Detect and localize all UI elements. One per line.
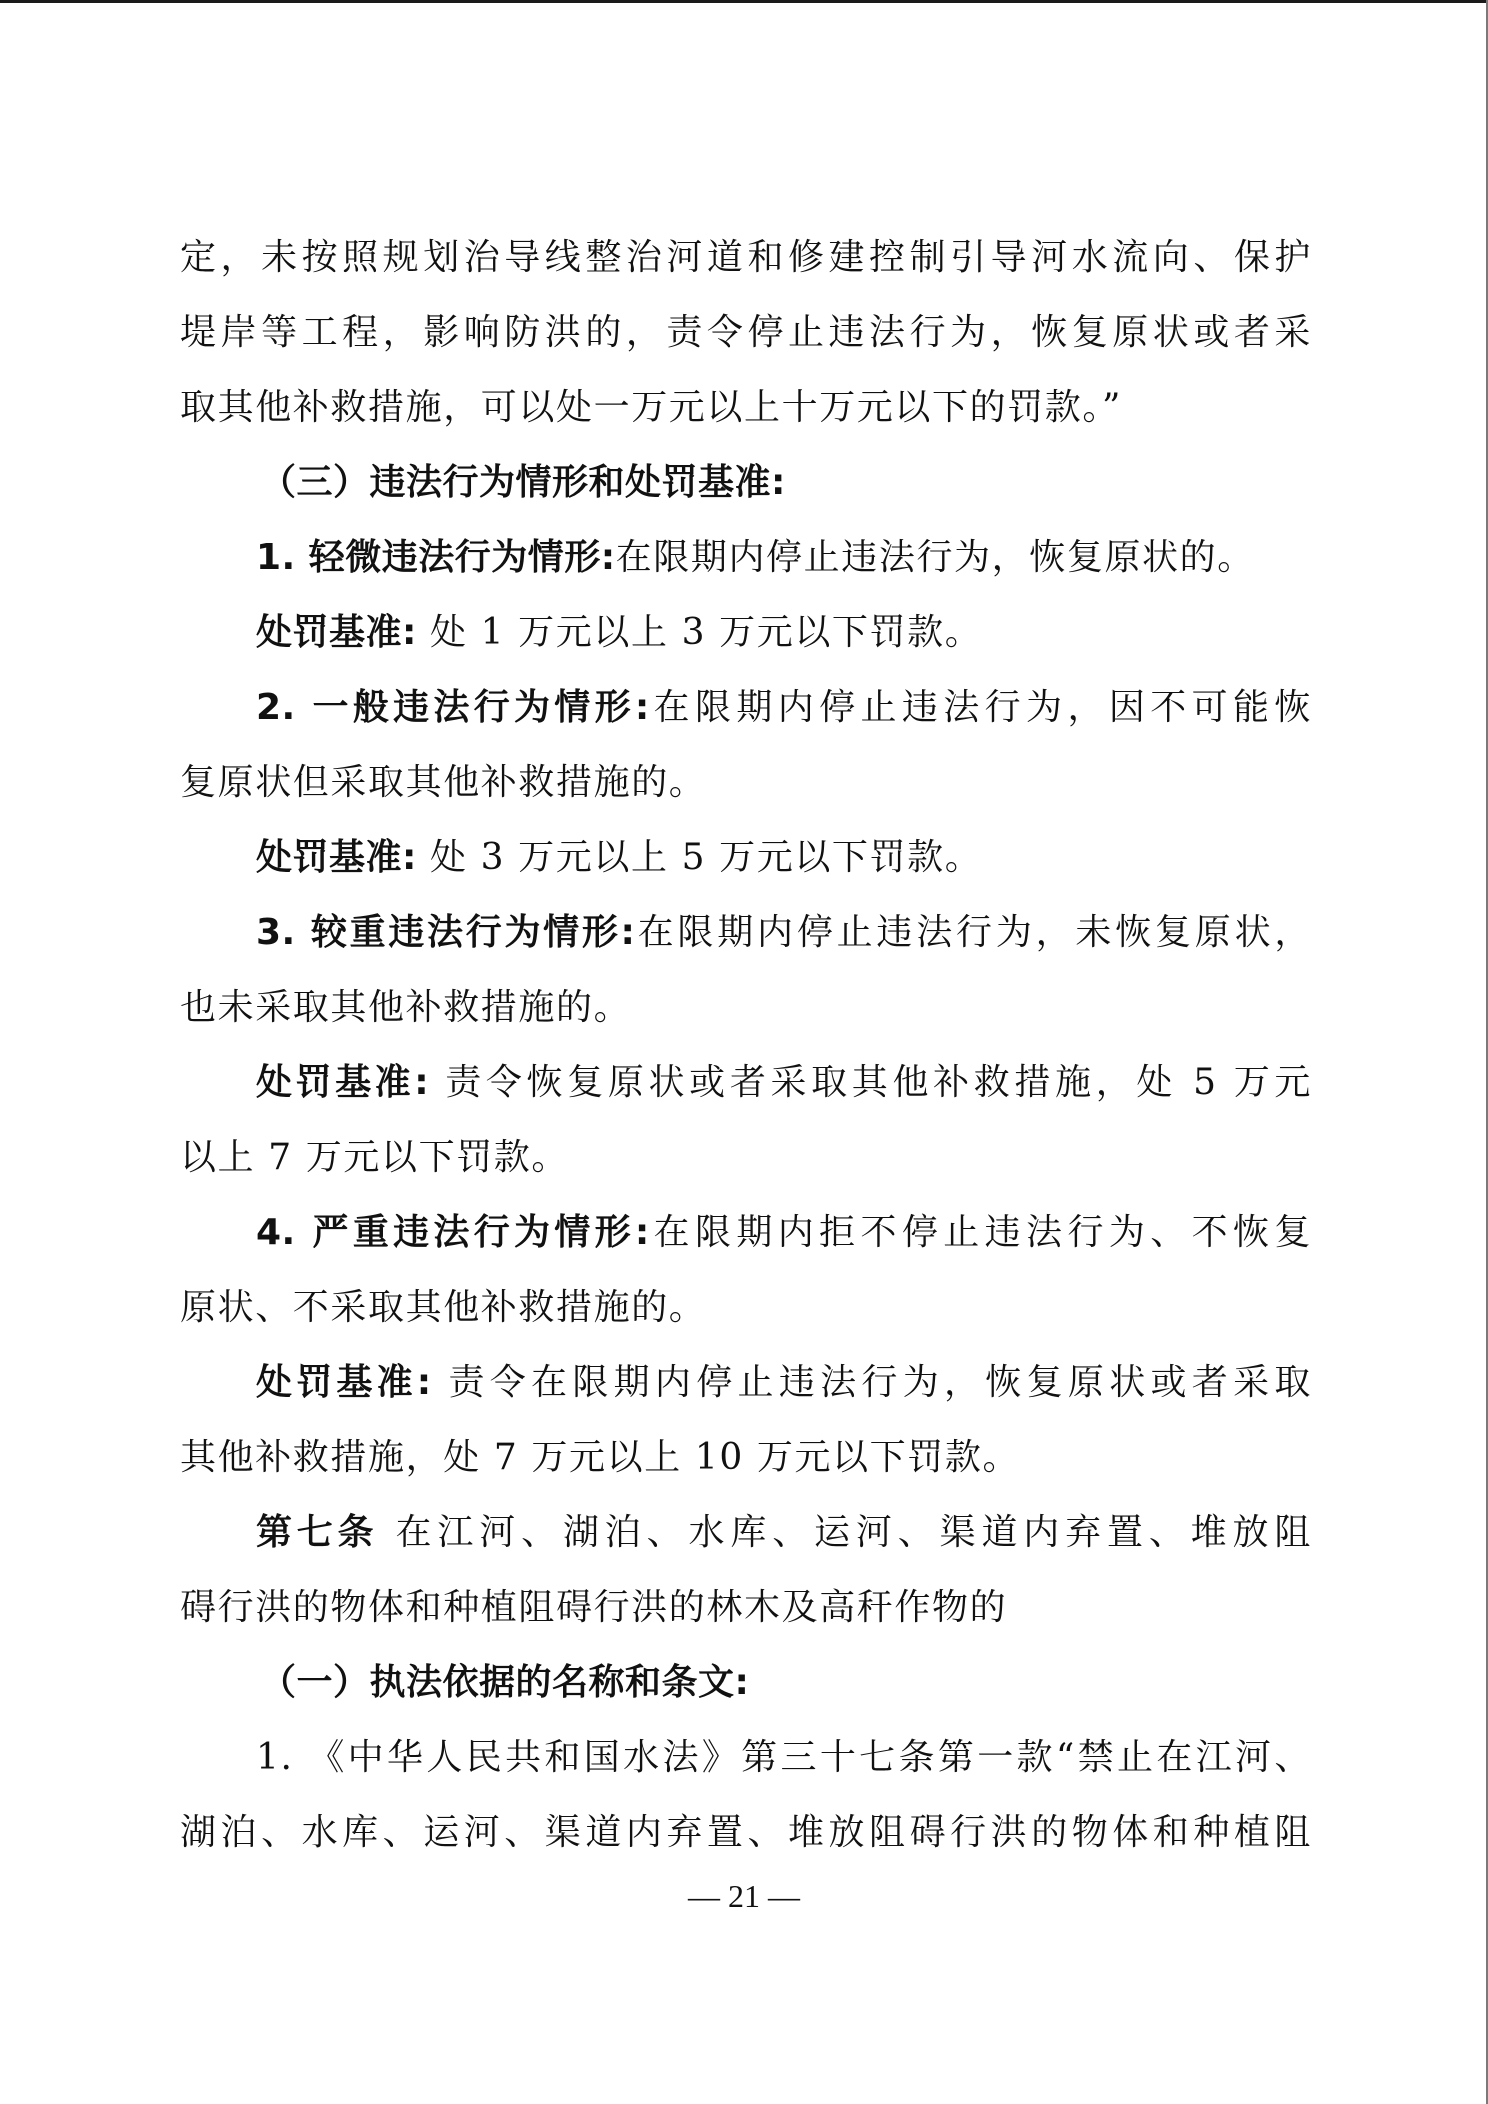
document-body: 定，未按照规划治导线整治河道和修建控制引导河水流向、保护 堤岸等工程，影响防洪的… [180,220,1312,1870]
paragraph-line: 堤岸等工程，影响防洪的，责令停止违法行为，恢复原状或者采 [180,295,1312,370]
violation-item-1: 1. 轻微违法行为情形:在限期内停止违法行为，恢复原状的。 [180,520,1312,595]
penalty-item-2: 处罚基准: 处 3 万元以上 5 万元以下罚款。 [180,820,1312,895]
page-number: — 21 — [0,1878,1488,1915]
section-heading-three: （三）违法行为情形和处罚基准: [180,445,1312,520]
paragraph-line: 定，未按照规划治导线整治河道和修建控制引导河水流向、保护 [180,220,1312,295]
violation-text: 在限期内停止违法行为，因不可能恢 [650,687,1312,728]
violation-item-2: 2. 一般违法行为情形:在限期内停止违法行为，因不可能恢 [180,670,1312,745]
legal-basis-item-1: 1. 《中华人民共和国水法》第三十七条第一款“禁止在江河、 [180,1720,1312,1795]
penalty-text: 处 3 万元以上 5 万元以下罚款。 [430,837,982,878]
violation-label: 3. 较重违法行为情形: [256,912,635,953]
violation-item-3-cont: 也未采取其他补救措施的。 [180,970,1312,1045]
violation-label: 1. 轻微违法行为情形: [256,537,616,578]
penalty-text: 处 1 万元以上 3 万元以下罚款。 [430,612,982,653]
paragraph-line: 取其他补救措施，可以处一万元以上十万元以下的罚款。” [180,370,1312,445]
penalty-text: 责令在限期内停止违法行为，恢复原状或者采取 [448,1362,1312,1403]
violation-label: 2. 一般违法行为情形: [256,687,650,728]
violation-item-2-cont: 复原状但采取其他补救措施的。 [180,745,1312,820]
penalty-item-1: 处罚基准: 处 1 万元以上 3 万元以下罚款。 [180,595,1312,670]
penalty-item-4-cont: 其他补救措施，处 7 万元以上 10 万元以下罚款。 [180,1420,1312,1495]
section-heading-one: （一）执法依据的名称和条文: [180,1645,1312,1720]
penalty-item-3-cont: 以上 7 万元以下罚款。 [180,1120,1312,1195]
penalty-label: 处罚基准: [256,612,417,653]
violation-label: 4. 严重违法行为情形: [256,1212,650,1253]
penalty-item-4: 处罚基准: 责令在限期内停止违法行为，恢复原状或者采取 [180,1345,1312,1420]
article-text: 在江河、湖泊、水库、运河、渠道内弃置、堆放阻 [396,1512,1312,1553]
penalty-label: 处罚基准: [256,1362,432,1403]
page-top-border [0,0,1488,3]
violation-item-4-cont: 原状、不采取其他补救措施的。 [180,1270,1312,1345]
article-seven: 第七条 在江河、湖泊、水库、运河、渠道内弃置、堆放阻 [180,1495,1312,1570]
violation-item-3: 3. 较重违法行为情形:在限期内停止违法行为，未恢复原状， [180,895,1312,970]
violation-text: 在限期内停止违法行为，恢复原状的。 [616,537,1255,578]
violation-text: 在限期内拒不停止违法行为、不恢复 [650,1212,1312,1253]
violation-text: 在限期内停止违法行为，未恢复原状， [635,912,1312,953]
penalty-label: 处罚基准: [256,1062,429,1103]
penalty-item-3: 处罚基准: 责令恢复原状或者采取其他补救措施，处 5 万元 [180,1045,1312,1120]
legal-basis-item-1-cont: 湖泊、水库、运河、渠道内弃置、堆放阻碍行洪的物体和种植阻 [180,1795,1312,1870]
violation-item-4: 4. 严重违法行为情形:在限期内拒不停止违法行为、不恢复 [180,1195,1312,1270]
penalty-text: 责令恢复原状或者采取其他补救措施，处 5 万元 [445,1062,1312,1103]
article-label: 第七条 [256,1512,378,1553]
penalty-label: 处罚基准: [256,837,417,878]
article-seven-cont: 碍行洪的物体和种植阻碍行洪的林木及高秆作物的 [180,1570,1312,1645]
